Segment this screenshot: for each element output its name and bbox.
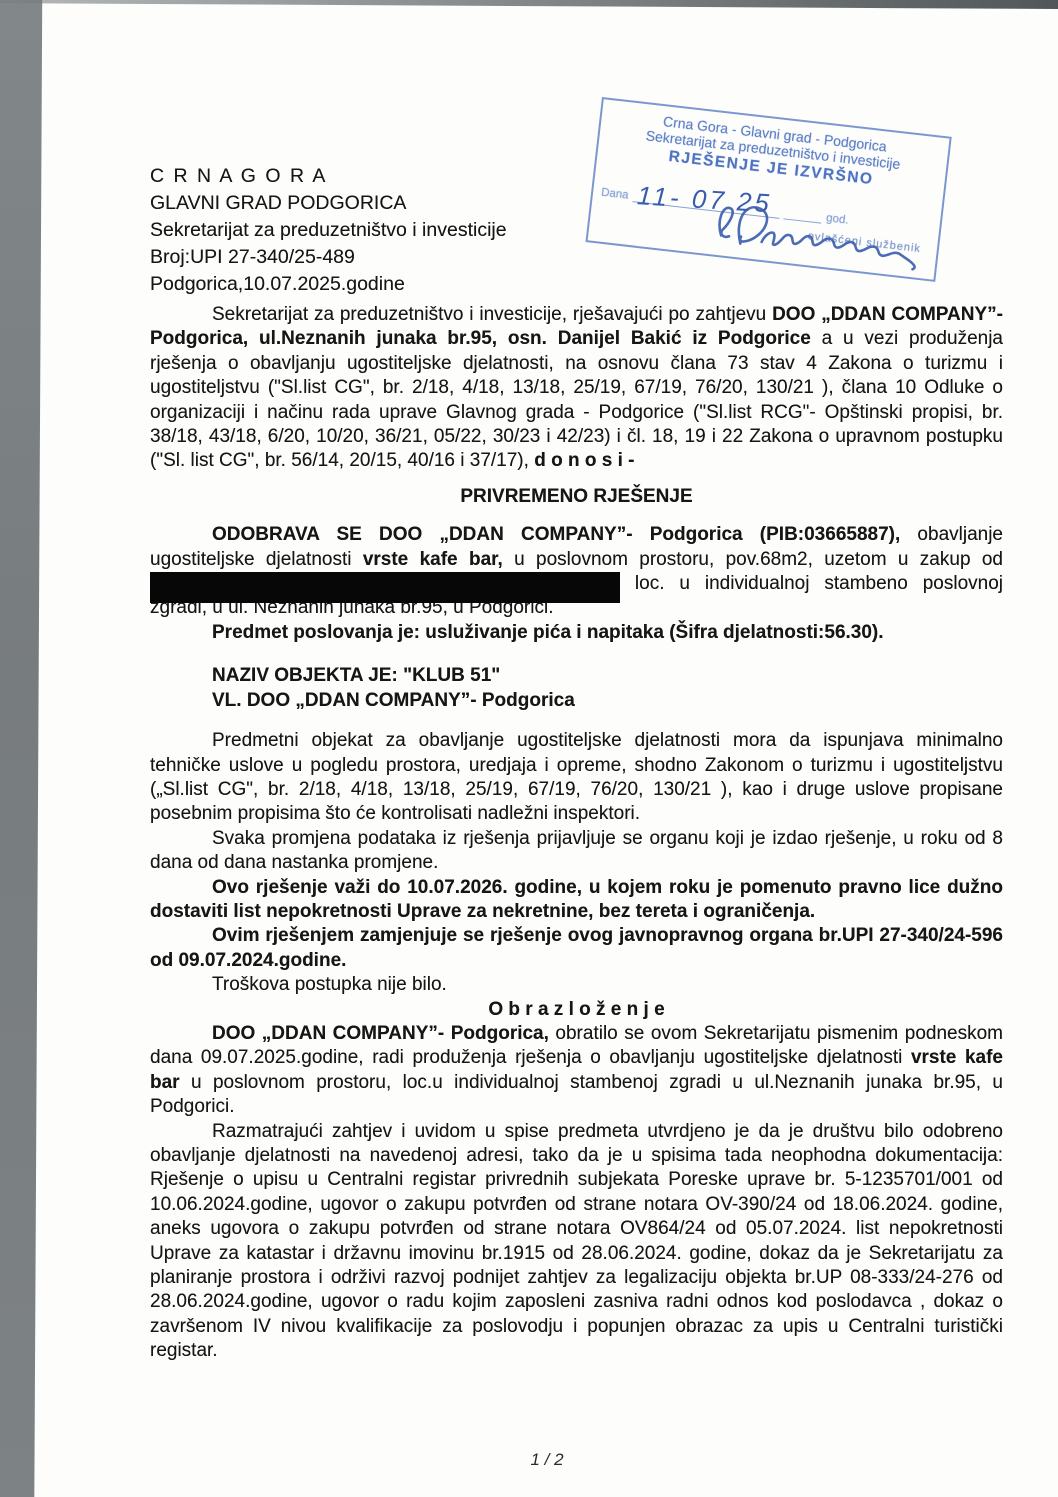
letterhead-place-date: Podgorica,10.07.2025.godine: [150, 271, 1003, 298]
paragraph-technical-conditions: Predmetni objekat za obavljanje ugostite…: [150, 729, 1003, 827]
letterhead-case-number: Broj:UPI 27-340/25-489: [150, 244, 1003, 271]
explanation-title: O b r a z l o ž e n j e: [150, 998, 1003, 1022]
object-name-line: NAZIV OBJEKTA JE: "KLUB 51": [150, 664, 1003, 688]
intro-text: Sekretarijat za preduzetništvo i investi…: [212, 304, 772, 325]
paragraph-change-notification: Svaka promjena podataka iz rješenja prij…: [150, 827, 1003, 876]
business-subject-line: Predmet poslovanja je: usluživanje pića …: [150, 621, 1003, 645]
paragraph-costs: Troškova postupka nije bilo.: [150, 973, 1003, 997]
approval-text-2: u poslovnom prostoru, pov.68m2, uzetom u…: [503, 549, 1003, 570]
scanned-document-page: Crna Gora - Glavni grad - Podgorica Sekr…: [0, 0, 1058, 1497]
letterhead: C R N A G O R A GLAVNI GRAD PODGORICA Se…: [150, 163, 1003, 298]
paragraph-validity: Ovo rješenje važi do 10.07.2026. godine,…: [150, 876, 1003, 925]
scan-edge-left: [0, 0, 44, 1497]
request-text-2: u poslovnom prostoru, loc.u individualno…: [150, 1072, 1003, 1117]
paragraph-intro: Sekretarijat za preduzetništvo i investi…: [150, 303, 1003, 474]
paragraph-approval: ODOBRAVA SE DOO „DDAN COMPANY”- Podgoric…: [150, 523, 1003, 621]
donosi-text: d o n o s i -: [534, 450, 634, 471]
paragraph-documentation: Razmatrajući zahtjev i uvidom u spise pr…: [150, 1120, 1003, 1364]
letterhead-city: GLAVNI GRAD PODGORICA: [150, 190, 1003, 217]
paragraph-replacement: Ovim rješenjem zamjenjuje se rješenje ov…: [150, 924, 1003, 973]
paragraph-request: DOO „DDAN COMPANY”- Podgorica, obratilo …: [150, 1022, 1003, 1120]
letterhead-department: Sekretarijat za preduzetništvo i investi…: [150, 217, 1003, 244]
scan-edge-top: [0, 0, 1058, 9]
decision-title: PRIVREMENO RJEŠENJE: [150, 485, 1003, 509]
activity-type: vrste kafe bar,: [363, 549, 503, 570]
page-number: 1 / 2: [36, 1450, 1058, 1470]
document-body: C R N A G O R A GLAVNI GRAD PODGORICA Se…: [150, 163, 1003, 1364]
request-company: DOO „DDAN COMPANY”- Podgorica,: [212, 1023, 549, 1044]
letterhead-country: C R N A G O R A: [150, 163, 1003, 190]
owner-line: VL. DOO „DDAN COMPANY”- Podgorica: [150, 689, 1003, 713]
redaction-box: [150, 572, 620, 603]
approval-company: ODOBRAVA SE DOO „DDAN COMPANY”- Podgoric…: [212, 524, 900, 545]
